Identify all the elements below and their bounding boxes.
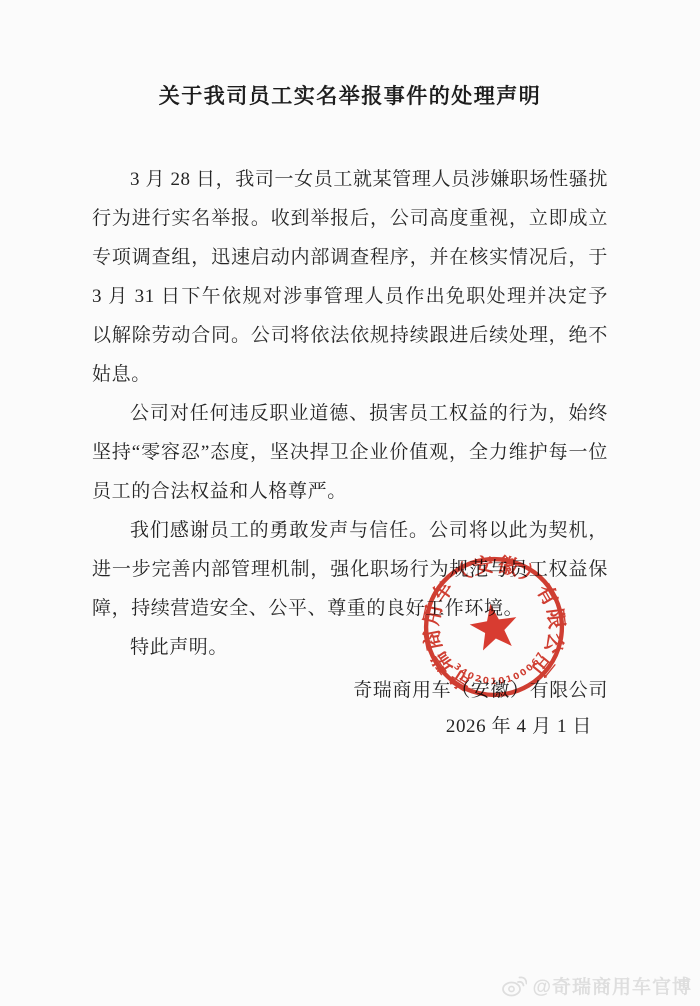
- document-title: 关于我司员工实名举报事件的处理声明: [0, 0, 700, 110]
- signature-date: 2026 年 4 月 1 日: [92, 709, 608, 745]
- weibo-icon: [501, 975, 527, 997]
- paragraph-appreciation: 我们感谢员工的勇敢发声与信任。公司将以此为契机，进一步完善内部管理机制，强化职场…: [92, 511, 608, 628]
- signature-block: 奇瑞商用车（安徽）有限公司 2026 年 4 月 1 日: [92, 673, 608, 745]
- watermark-handle: @奇瑞商用车官博: [532, 972, 692, 999]
- statement-document: 关于我司员工实名举报事件的处理声明 3 月 28 日，我司一女员工就某管理人员涉…: [0, 0, 700, 1006]
- signature-company: 奇瑞商用车（安徽）有限公司: [92, 673, 608, 709]
- weibo-watermark: @奇瑞商用车官博: [501, 972, 692, 999]
- paragraph-report-handling: 3 月 28 日，我司一女员工就某管理人员涉嫌职场性骚扰行为进行实名举报。收到举…: [92, 160, 608, 394]
- document-body: 3 月 28 日，我司一女员工就某管理人员涉嫌职场性骚扰行为进行实名举报。收到举…: [92, 160, 608, 667]
- paragraph-zero-tolerance: 公司对任何违反职业道德、损害员工权益的行为，始终坚持“零容忍”态度，坚决捍卫企业…: [92, 394, 608, 511]
- closing-statement: 特此声明。: [92, 628, 608, 667]
